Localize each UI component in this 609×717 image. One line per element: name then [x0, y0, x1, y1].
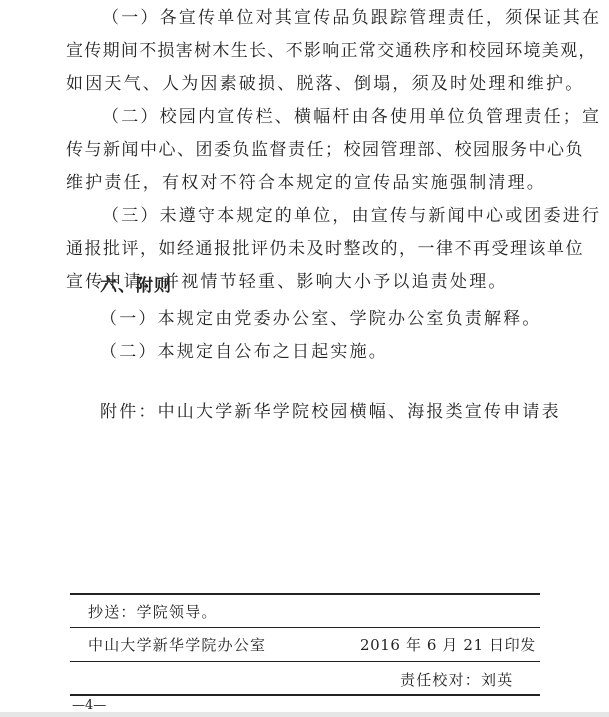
text-line: 宣传期间不损害树木生长、不影响正常交通秩序和校园环境美观，	[66, 41, 597, 61]
issuer: 中山大学新华学院办公室	[88, 636, 266, 654]
appendix-item-2: （二）本规定自公布之日起实施。	[100, 342, 388, 362]
footer-top-rule	[70, 593, 540, 595]
text-line: 通报批评，如经通报批评仍未及时整改的，一律不再受理该单位	[66, 239, 584, 259]
cc-line: 抄送：学院领导。	[88, 603, 218, 621]
footer-divider	[70, 627, 540, 628]
footer-divider	[70, 661, 540, 662]
issue-date: 2016 年 6 月 21 日印发	[360, 636, 536, 654]
text-line: （一）各宣传单位对其宣传品负跟踪管理责任，须保证其在	[102, 8, 601, 28]
appendix-item-1: （一）本规定由党委办公室、学院办公室负责解释。	[100, 309, 542, 329]
text-line: （二）校园内宣传栏、横幅杆由各使用单位负管理责任；宣	[102, 107, 601, 127]
page-bottom-edge	[0, 712, 609, 717]
attachment-note: 附件：中山大学新华学院校园横幅、海报类宣传申请表	[100, 402, 561, 422]
text-line: 如因天气、人为因素破损、脱落、倒塌，须及时处理和维护。	[66, 74, 584, 94]
text-line: 传与新闻中心、团委负监督责任；校园管理部、校园服务中心负	[66, 140, 584, 160]
text-line: （三）未遵守本规定的单位，由宣传与新闻中心或团委进行	[102, 206, 601, 226]
footer-bottom-rule	[70, 694, 540, 696]
text-line: 维护责任，有权对不符合本规定的宣传品实施强制清理。	[66, 173, 546, 193]
proofreader: 责任校对：刘英	[400, 671, 513, 689]
section-heading: 六、附则	[100, 276, 172, 296]
